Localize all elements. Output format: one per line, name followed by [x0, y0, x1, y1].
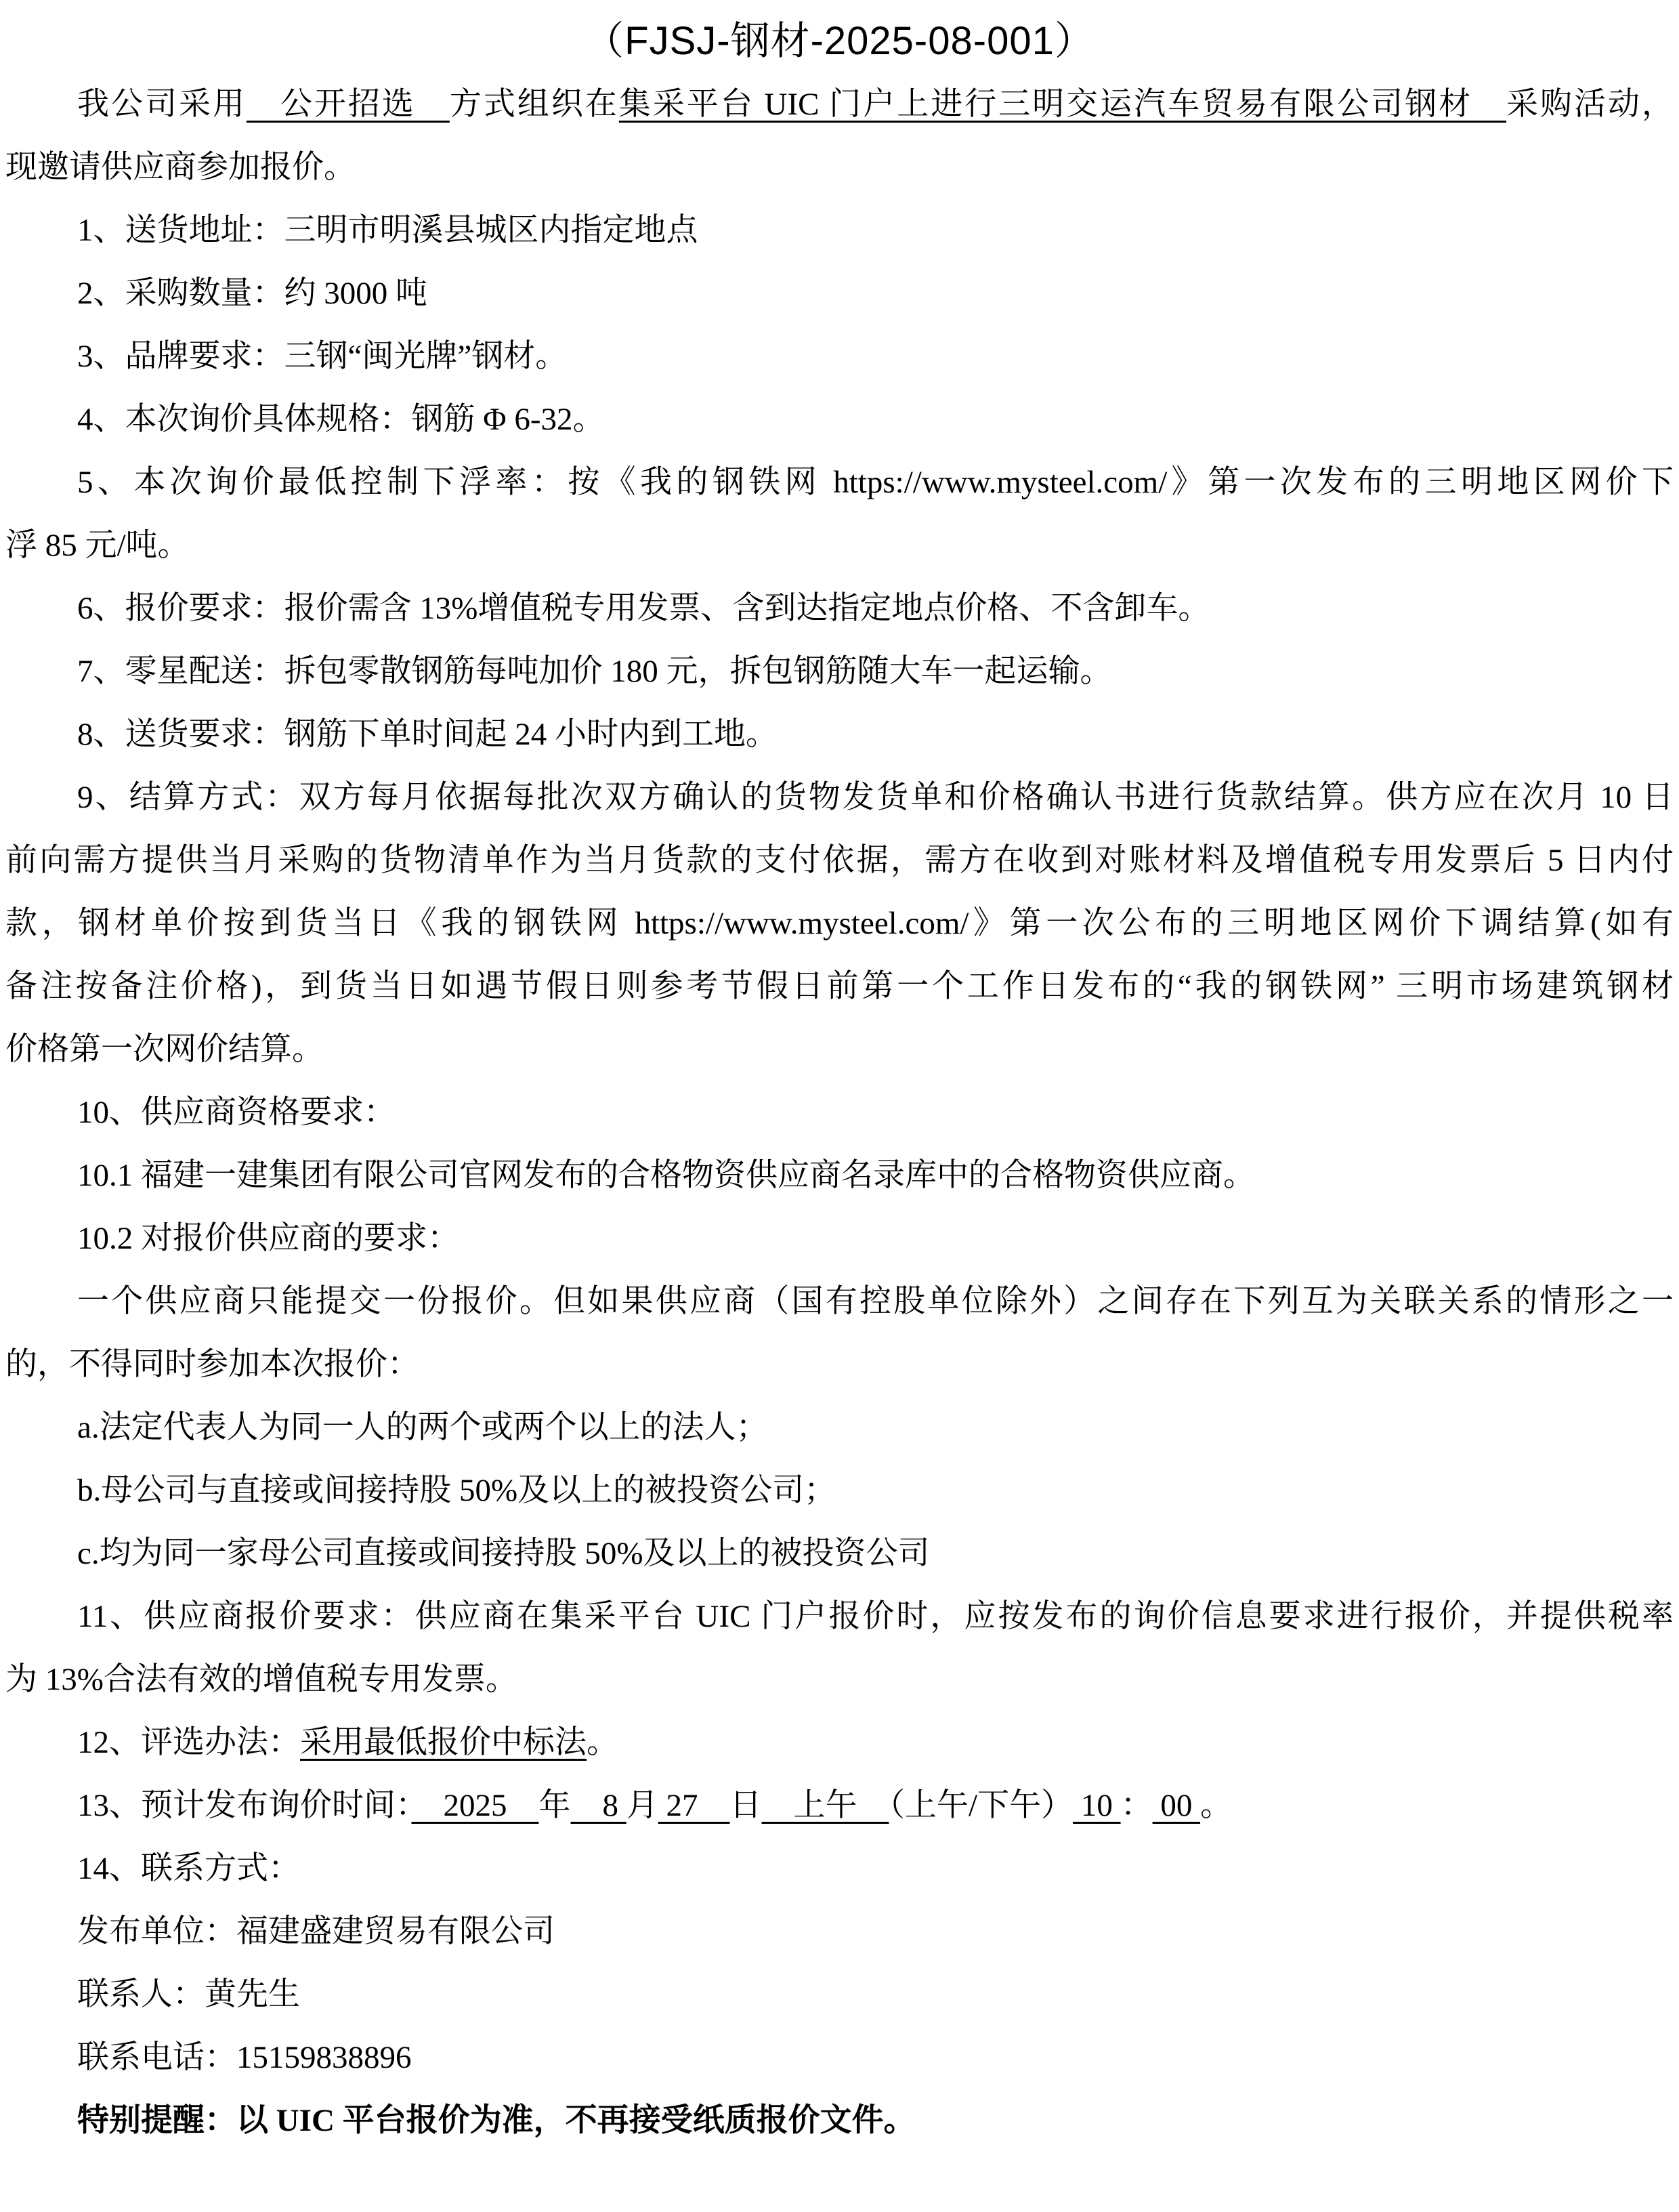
- text-line: 现邀请供应商参加报价。: [5, 136, 1674, 199]
- text-run: 10.1 福建一建集团有限公司官网发布的合格物资供应商名录库中的合格物资供应商。: [77, 1158, 1255, 1193]
- text-run: c.均为同一家母公司直接或间接持股 50%及以上的被投资公司: [77, 1536, 930, 1571]
- text-run: （上午/下午）: [889, 1788, 1074, 1823]
- text-run: 一个供应商只能提交一份报价。但如果供应商（国有控股单位除外）之间存在下列互为关联…: [77, 1284, 1674, 1319]
- underlined-blank: 8: [571, 1788, 626, 1823]
- text-run: 13、预计发布询价时间：: [77, 1788, 412, 1823]
- text-line: 为 13%合法有效的增值税专用发票。: [5, 1648, 1674, 1711]
- text-line: 前向需方提供当月采购的货物清单作为当月货款的支付依据，需方在收到对账材料及增值税…: [5, 829, 1674, 892]
- text-run: 14、联系方式：: [77, 1851, 300, 1886]
- text-line: 9、结算方式：双方每月依据每批次双方确认的货物发货单和价格确认书进行货款结算。供…: [5, 766, 1674, 829]
- text-run: 采购活动，: [1506, 87, 1674, 122]
- text-line: 特别提醒：以 UIC 平台报价为准，不再接受纸质报价文件。: [5, 2089, 1674, 2152]
- text-run: 9、结算方式：双方每月依据每批次双方确认的货物发货单和价格确认书进行货款结算。供…: [77, 780, 1674, 815]
- text-run: 10、供应商资格要求：: [77, 1095, 396, 1130]
- underlined-blank: 27: [658, 1788, 730, 1823]
- text-line: 8、送货要求：钢筋下单时间起 24 小时内到工地。: [5, 703, 1674, 766]
- text-line: 3、品牌要求：三钢“闽光牌”钢材。: [5, 325, 1674, 388]
- text-line: b.母公司与直接或间接持股 50%及以上的被投资公司；: [5, 1459, 1674, 1522]
- text-run: 我公司采用: [77, 87, 247, 122]
- text-run: 7、零星配送：拆包零散钢筋每吨加价 180 元，拆包钢筋随大车一起运输。: [77, 654, 1112, 689]
- text-line: a.法定代表人为同一人的两个或两个以上的法人；: [5, 1396, 1674, 1459]
- underlined-blank: 10: [1073, 1788, 1121, 1823]
- text-line: 2、采购数量：约 3000 吨: [5, 262, 1674, 325]
- text-run: 现邀请供应商参加报价。: [5, 150, 356, 185]
- text-line: 11、供应商报价要求：供应商在集采平台 UIC 门户报价时，应按发布的询价信息要…: [5, 1585, 1674, 1648]
- text-run: 日: [730, 1788, 762, 1823]
- text-line: 14、联系方式：: [5, 1837, 1674, 1900]
- text-line: 6、报价要求：报价需含 13%增值税专用发票、含到达指定地点价格、不含卸车。: [5, 577, 1674, 640]
- text-run: a.法定代表人为同一人的两个或两个以上的法人；: [77, 1410, 768, 1445]
- text-run: 为 13%合法有效的增值税专用发票。: [5, 1662, 517, 1697]
- text-line: 联系电话：15159838896: [5, 2026, 1674, 2089]
- text-run: 3、品牌要求：三钢“闽光牌”钢材。: [77, 339, 567, 374]
- text-run: 11、供应商报价要求：供应商在集采平台 UIC 门户报价时，应按发布的询价信息要…: [77, 1599, 1674, 1634]
- text-run: 。: [587, 1725, 618, 1760]
- text-line: 4、本次询价具体规格：钢筋 Φ 6-32。: [5, 388, 1674, 451]
- text-run: 年: [539, 1788, 571, 1823]
- text-line: 浮 85 元/吨。: [5, 514, 1674, 577]
- text-run: 款，钢材单价按到货当日《我的钢铁网 https://www.mysteel.co…: [5, 906, 1674, 941]
- text-run: 发布单位：福建盛建贸易有限公司: [77, 1914, 555, 1949]
- text-line: 的，不得同时参加本次报价：: [5, 1333, 1674, 1396]
- text-run: 方式组织在: [450, 87, 619, 122]
- text-run: 联系人：黄先生: [77, 1977, 300, 2012]
- text-run: 5、本次询价最低控制下浮率：按《我的钢铁网 https://www.mystee…: [77, 465, 1674, 500]
- text-line: 我公司采用 公开招选 方式组织在集采平台 UIC 门户上进行三明交运汽车贸易有限…: [5, 73, 1674, 136]
- text-run: b.母公司与直接或间接持股 50%及以上的被投资公司；: [77, 1473, 836, 1508]
- text-line: 一个供应商只能提交一份报价。但如果供应商（国有控股单位除外）之间存在下列互为关联…: [5, 1270, 1674, 1333]
- text-run: 8、送货要求：钢筋下单时间起 24 小时内到工地。: [77, 717, 778, 752]
- text-run: 12、评选办法：: [77, 1725, 300, 1760]
- text-run: 前向需方提供当月采购的货物清单作为当月货款的支付依据，需方在收到对账材料及增值税…: [5, 843, 1674, 878]
- text-line: 5、本次询价最低控制下浮率：按《我的钢铁网 https://www.mystee…: [5, 451, 1674, 514]
- text-line: c.均为同一家母公司直接或间接持股 50%及以上的被投资公司: [5, 1522, 1674, 1585]
- text-run: 价格第一次网价结算。: [5, 1032, 324, 1067]
- text-line: 款，钢材单价按到货当日《我的钢铁网 https://www.mysteel.co…: [5, 892, 1674, 955]
- text-run: 备注按备注价格)，到货当日如遇节假日则参考节假日前第一个工作日发布的“我的钢铁网…: [5, 969, 1674, 1004]
- text-line: 12、评选办法：采用最低报价中标法。: [5, 1711, 1674, 1774]
- text-line: 10、供应商资格要求：: [5, 1081, 1674, 1144]
- underlined-blank: 00: [1153, 1788, 1201, 1823]
- text-run: ：: [1121, 1788, 1153, 1823]
- document-body: 我公司采用 公开招选 方式组织在集采平台 UIC 门户上进行三明交运汽车贸易有限…: [0, 73, 1679, 2152]
- text-run: 1、送货地址：三明市明溪县城区内指定地点: [77, 213, 698, 248]
- text-run: 浮 85 元/吨。: [5, 528, 190, 563]
- text-line: 备注按备注价格)，到货当日如遇节假日则参考节假日前第一个工作日发布的“我的钢铁网…: [5, 955, 1674, 1018]
- text-run: 6、报价要求：报价需含 13%增值税专用发票、含到达指定地点价格、不含卸车。: [77, 591, 1210, 626]
- text-line: 1、送货地址：三明市明溪县城区内指定地点: [5, 199, 1674, 262]
- text-line: 联系人：黄先生: [5, 1963, 1674, 2026]
- text-line: 价格第一次网价结算。: [5, 1018, 1674, 1081]
- underlined-blank: 2025: [412, 1788, 539, 1823]
- text-run: 的，不得同时参加本次报价：: [5, 1347, 419, 1382]
- text-run: 联系电话：15159838896: [77, 2040, 412, 2075]
- underlined-blank: 采用最低报价中标法: [300, 1725, 587, 1760]
- underlined-blank: 集采平台 UIC 门户上进行三明交运汽车贸易有限公司钢材: [619, 87, 1506, 122]
- document-title: （FJSJ-钢材-2025-08-001）: [0, 0, 1679, 73]
- text-line: 10.1 福建一建集团有限公司官网发布的合格物资供应商名录库中的合格物资供应商。: [5, 1144, 1674, 1207]
- text-line: 13、预计发布询价时间： 2025 年 8 月 27 日 上午 （上午/下午） …: [5, 1774, 1674, 1837]
- underlined-blank: 上午: [762, 1788, 889, 1823]
- text-run: 。: [1200, 1788, 1232, 1823]
- text-run: 2、采购数量：约 3000 吨: [77, 276, 427, 311]
- text-run: 月: [626, 1788, 658, 1823]
- underlined-blank: 公开招选: [247, 87, 450, 122]
- text-run: 10.2 对报价供应商的要求：: [77, 1221, 459, 1256]
- document-page: （FJSJ-钢材-2025-08-001） 我公司采用 公开招选 方式组织在集采…: [0, 0, 1679, 2212]
- text-run: 4、本次询价具体规格：钢筋 Φ 6-32。: [77, 402, 605, 437]
- text-line: 7、零星配送：拆包零散钢筋每吨加价 180 元，拆包钢筋随大车一起运输。: [5, 640, 1674, 703]
- bold-text-run: 特别提醒：以 UIC 平台报价为准，不再接受纸质报价文件。: [77, 2103, 916, 2138]
- text-line: 10.2 对报价供应商的要求：: [5, 1207, 1674, 1270]
- text-line: 发布单位：福建盛建贸易有限公司: [5, 1900, 1674, 1963]
